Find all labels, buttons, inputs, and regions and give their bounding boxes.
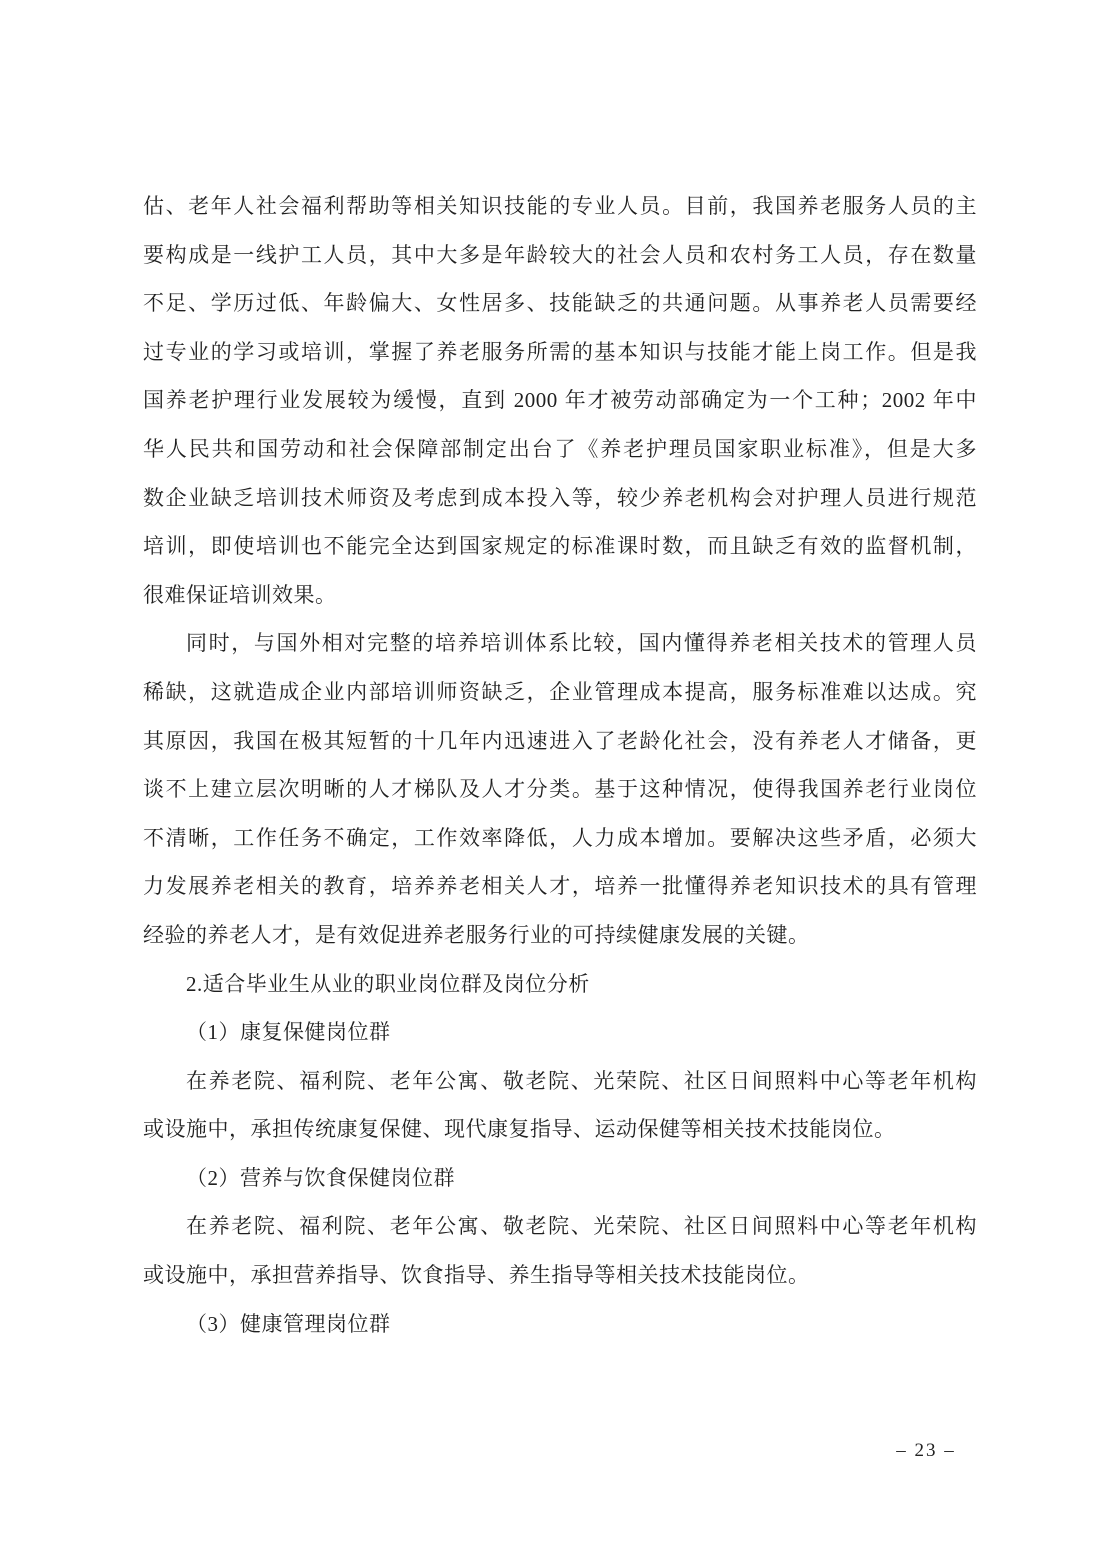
text-line: 过专业的学习或培训，掌握了养老服务所需的基本知识与技能才能上岗工作。但是我 [143,328,977,377]
text-line: 国养老护理行业发展较为缓慢，直到 2000 年才被劳动部确定为一个工种；2002… [143,376,977,425]
text-line: 力发展养老相关的教育，培养养老相关人才，培养一批懂得养老知识技术的具有管理 [143,862,977,911]
page-number: – 23 – [875,1440,977,1462]
text-line: 不清晰，工作任务不确定，工作效率降低，人力成本增加。要解决这些矛盾，必须大 [143,814,977,863]
text-line: 或设施中，承担传统康复保健、现代康复指导、运动保健等相关技术技能岗位。 [143,1105,977,1154]
text-line: 同时，与国外相对完整的培养培训体系比较，国内懂得养老相关技术的管理人员 [143,619,977,668]
text-line: 数企业缺乏培训技术师资及考虑到成本投入等，较少养老机构会对护理人员进行规范 [143,474,977,523]
text-line: 经验的养老人才，是有效促进养老服务行业的可持续健康发展的关键。 [143,911,977,960]
text-line: 在养老院、福利院、老年公寓、敬老院、光荣院、社区日间照料中心等老年机构 [143,1057,977,1106]
text-line: （2）营养与饮食保健岗位群 [143,1154,977,1203]
text-line: 在养老院、福利院、老年公寓、敬老院、光荣院、社区日间照料中心等老年机构 [143,1202,977,1251]
text-line: 其原因，我国在极其短暂的十几年内迅速进入了老龄化社会，没有养老人才储备，更 [143,717,977,766]
text-line: （1）康复保健岗位群 [143,1008,977,1057]
text-line: 培训，即使培训也不能完全达到国家规定的标准课时数，而且缺乏有效的监督机制， [143,522,977,571]
text-line: 要构成是一线护工人员，其中大多是年龄较大的社会人员和农村务工人员，存在数量 [143,231,977,280]
text-line: 估、老年人社会福利帮助等相关知识技能的专业人员。目前，我国养老服务人员的主 [143,182,977,231]
text-line: 华人民共和国劳动和社会保障部制定出台了《养老护理员国家职业标准》，但是大多 [143,425,977,474]
text-line: 谈不上建立层次明晰的人才梯队及人才分类。基于这种情况，使得我国养老行业岗位 [143,765,977,814]
document-body: 估、老年人社会福利帮助等相关知识技能的专业人员。目前，我国养老服务人员的主要构成… [143,182,977,1348]
text-line: 很难保证培训效果。 [143,571,977,620]
text-line: 稀缺，这就造成企业内部培训师资缺乏，企业管理成本提高，服务标准难以达成。究 [143,668,977,717]
text-line: （3）健康管理岗位群 [143,1300,977,1349]
text-line: 或设施中，承担营养指导、饮食指导、养生指导等相关技术技能岗位。 [143,1251,977,1300]
text-line: 不足、学历过低、年龄偏大、女性居多、技能缺乏的共通问题。从事养老人员需要经 [143,279,977,328]
text-line: 2.适合毕业生从业的职业岗位群及岗位分析 [143,960,977,1009]
document-page: 估、老年人社会福利帮助等相关知识技能的专业人员。目前，我国养老服务人员的主要构成… [0,0,1102,1559]
